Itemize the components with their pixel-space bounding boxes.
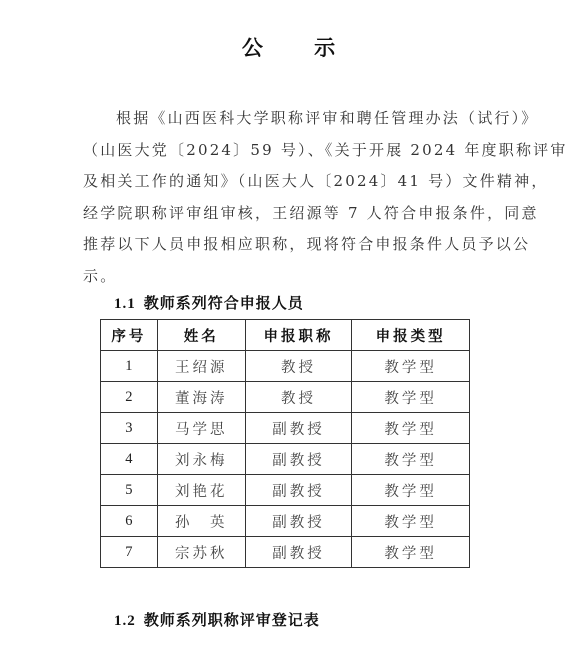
header-name: 姓名 [157, 320, 245, 351]
cell-type: 教学型 [352, 351, 470, 382]
page-title: 公 示 [0, 32, 577, 62]
section-title: 教师系列符合申报人员 [144, 294, 304, 312]
cell-title: 教授 [245, 351, 352, 382]
table-row: 1 王绍源 教授 教学型 [101, 351, 470, 382]
table-row: 5 刘艳花 副教授 教学型 [101, 475, 470, 506]
cell-type: 教学型 [352, 475, 470, 506]
table-row: 2 董海涛 教授 教学型 [101, 382, 470, 413]
paragraph-line: 经学院职称评审组审核，王绍源等 7 人符合申报条件，同意 [83, 198, 511, 230]
applicants-table: 序号 姓名 申报职称 申报类型 1 王绍源 教授 教学型 2 董海涛 教授 教学… [100, 319, 470, 568]
cell-name: 马学思 [157, 413, 245, 444]
cell-type: 教学型 [352, 413, 470, 444]
cell-type: 教学型 [352, 506, 470, 537]
paragraph-line: 及相关工作的通知》（山医大人〔2024〕41 号）文件精神， [83, 166, 511, 198]
header-type: 申报类型 [352, 320, 470, 351]
cell-name: 宗苏秋 [157, 537, 245, 568]
cell-name: 刘艳花 [157, 475, 245, 506]
cell-name: 王绍源 [157, 351, 245, 382]
cell-index: 3 [101, 413, 158, 444]
table-header-row: 序号 姓名 申报职称 申报类型 [101, 320, 470, 351]
header-title: 申报职称 [245, 320, 352, 351]
cell-type: 教学型 [352, 537, 470, 568]
header-index: 序号 [101, 320, 158, 351]
cell-title: 副教授 [245, 444, 352, 475]
cell-title: 副教授 [245, 475, 352, 506]
section-number: 1.1 [114, 296, 136, 312]
section-title: 教师系列职称评审登记表 [144, 611, 320, 629]
section-heading-1-2: 1.2教师系列职称评审登记表 [114, 609, 320, 630]
paragraph-line: 推荐以下人员申报相应职称，现将符合申报条件人员予以公 [83, 229, 511, 261]
cell-index: 7 [101, 537, 158, 568]
cell-title: 副教授 [245, 413, 352, 444]
cell-name: 董海涛 [157, 382, 245, 413]
cell-index: 6 [101, 506, 158, 537]
cell-name: 刘永梅 [157, 444, 245, 475]
announcement-paragraph: 根据《山西医科大学职称评审和聘任管理办法（试行）》 （山医大党〔2024〕59 … [83, 103, 511, 292]
cell-index: 4 [101, 444, 158, 475]
table-row: 4 刘永梅 副教授 教学型 [101, 444, 470, 475]
section-number: 1.2 [114, 613, 136, 629]
cell-title: 教授 [245, 382, 352, 413]
cell-index: 2 [101, 382, 158, 413]
table-row: 6 孙 英 副教授 教学型 [101, 506, 470, 537]
table-row: 7 宗苏秋 副教授 教学型 [101, 537, 470, 568]
cell-index: 1 [101, 351, 158, 382]
table-row: 3 马学思 副教授 教学型 [101, 413, 470, 444]
cell-type: 教学型 [352, 444, 470, 475]
cell-title: 副教授 [245, 537, 352, 568]
section-heading-1-1: 1.1教师系列符合申报人员 [114, 292, 304, 313]
cell-title: 副教授 [245, 506, 352, 537]
cell-type: 教学型 [352, 382, 470, 413]
paragraph-line: 示。 [83, 261, 511, 293]
paragraph-line: 根据《山西医科大学职称评审和聘任管理办法（试行）》 [83, 103, 511, 135]
cell-index: 5 [101, 475, 158, 506]
cell-name: 孙 英 [157, 506, 245, 537]
paragraph-line: （山医大党〔2024〕59 号）、《关于开展 2024 年度职称评审 [83, 135, 511, 167]
